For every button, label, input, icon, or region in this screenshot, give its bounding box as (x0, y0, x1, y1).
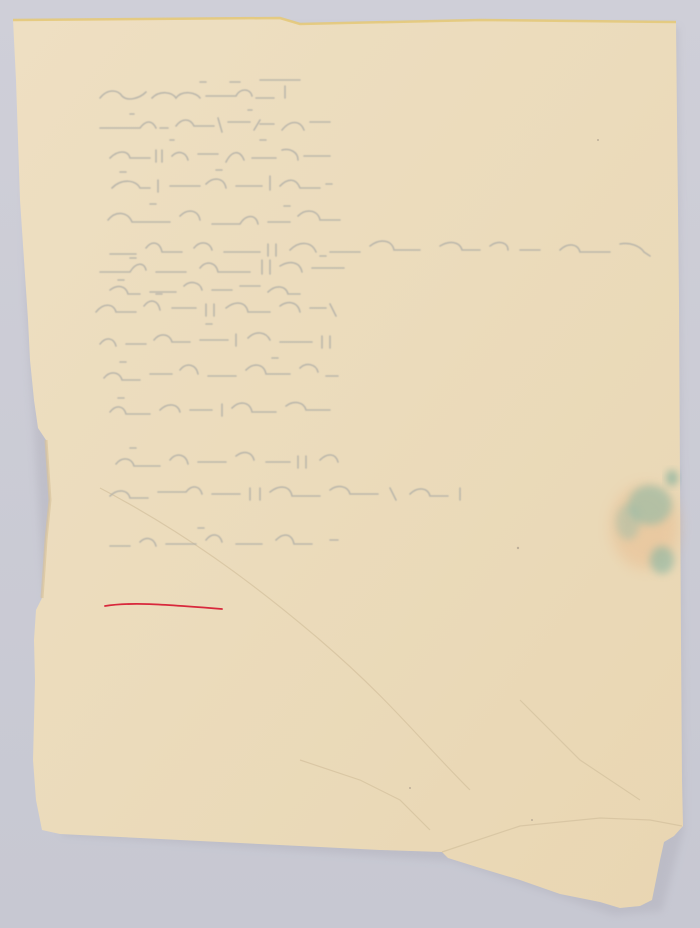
manuscript-leaf (0, 0, 700, 928)
paper-sheet (13, 18, 683, 908)
